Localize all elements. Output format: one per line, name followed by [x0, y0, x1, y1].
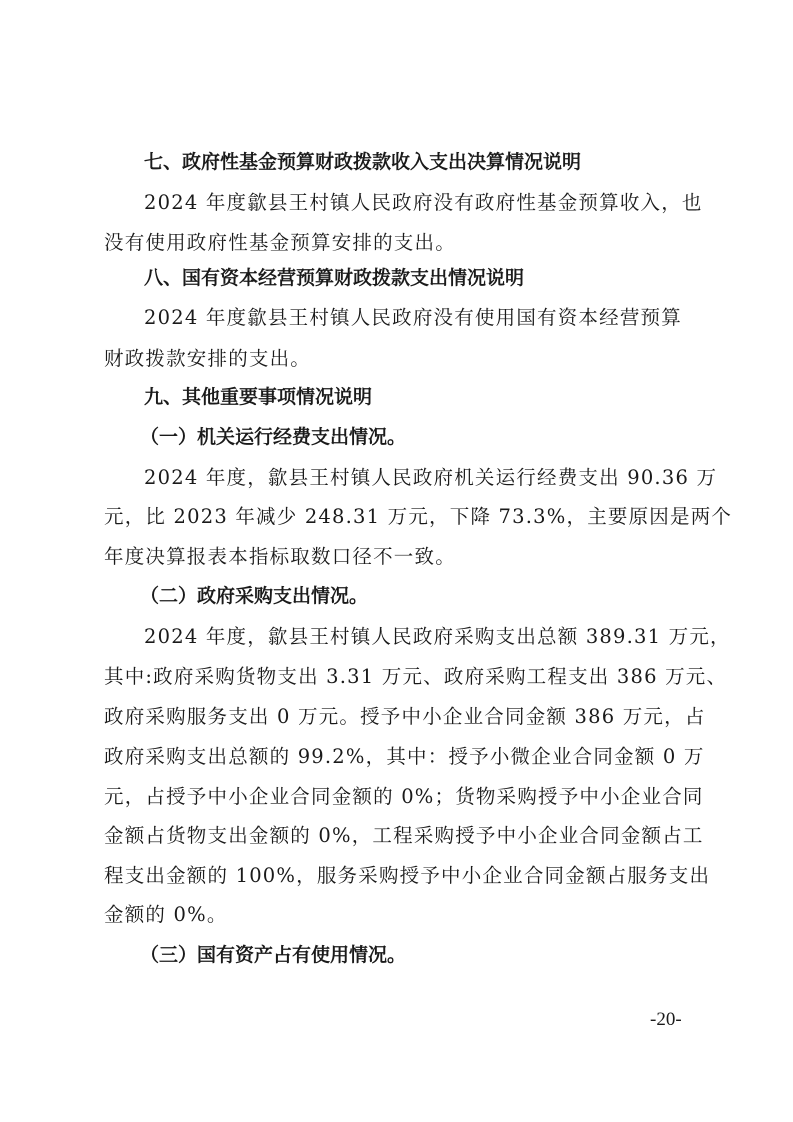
- paragraph-line: 程支出金额的 100%，服务采购授予中小企业合同金额占服务支出: [0, 864, 793, 888]
- paragraph-line: 政府采购支出总额的 99.2%，其中：授予小微企业合同金额 0 万: [0, 745, 793, 769]
- section-heading-9: 九、其他重要事项情况说明: [0, 385, 793, 409]
- subsection-heading-2: （二）政府采购支出情况。: [0, 584, 793, 608]
- section-heading-7: 七、政府性基金预算财政拨款收入支出决算情况说明: [0, 150, 793, 174]
- subsection-heading-3: （三）国有资产占有使用情况。: [0, 943, 793, 967]
- paragraph-line: 政府采购服务支出 0 万元。授予中小企业合同金额 386 万元，占: [0, 705, 793, 729]
- page-number: -20-: [650, 1009, 682, 1031]
- paragraph-line: 财政拨款安排的支出。: [0, 347, 793, 371]
- paragraph-line: 金额占货物支出金额的 0%，工程采购授予中小企业合同金额占工: [0, 824, 793, 848]
- paragraph-line: 元，占授予中小企业合同金额的 0%；货物采购授予中小企业合同: [0, 785, 793, 809]
- paragraph-line: 2024 年度，歙县王村镇人民政府采购支出总额 389.31 万元，: [0, 625, 793, 649]
- paragraph-line: 年度决算报表本指标取数口径不一致。: [0, 545, 793, 569]
- document-page: 七、政府性基金预算财政拨款收入支出决算情况说明 2024 年度歙县王村镇人民政府…: [0, 0, 793, 1122]
- paragraph-line: 2024 年度歙县王村镇人民政府没有使用国有资本经营预算: [0, 306, 793, 330]
- paragraph-line: 其中:政府采购货物支出 3.31 万元、政府采购工程支出 386 万元、: [0, 665, 793, 689]
- subsection-heading-1: （一）机关运行经费支出情况。: [0, 425, 793, 449]
- paragraph-line: 元，比 2023 年减少 248.31 万元，下降 73.3%，主要原因是两个: [0, 505, 793, 529]
- paragraph-line: 没有使用政府性基金预算安排的支出。: [0, 231, 793, 255]
- paragraph-line: 金额的 0%。: [0, 903, 793, 927]
- paragraph-line: 2024 年度歙县王村镇人民政府没有政府性基金预算收入，也: [0, 191, 793, 215]
- paragraph-line: 2024 年度，歙县王村镇人民政府机关运行经费支出 90.36 万: [0, 466, 793, 490]
- section-heading-8: 八、国有资本经营预算财政拨款支出情况说明: [0, 266, 793, 290]
